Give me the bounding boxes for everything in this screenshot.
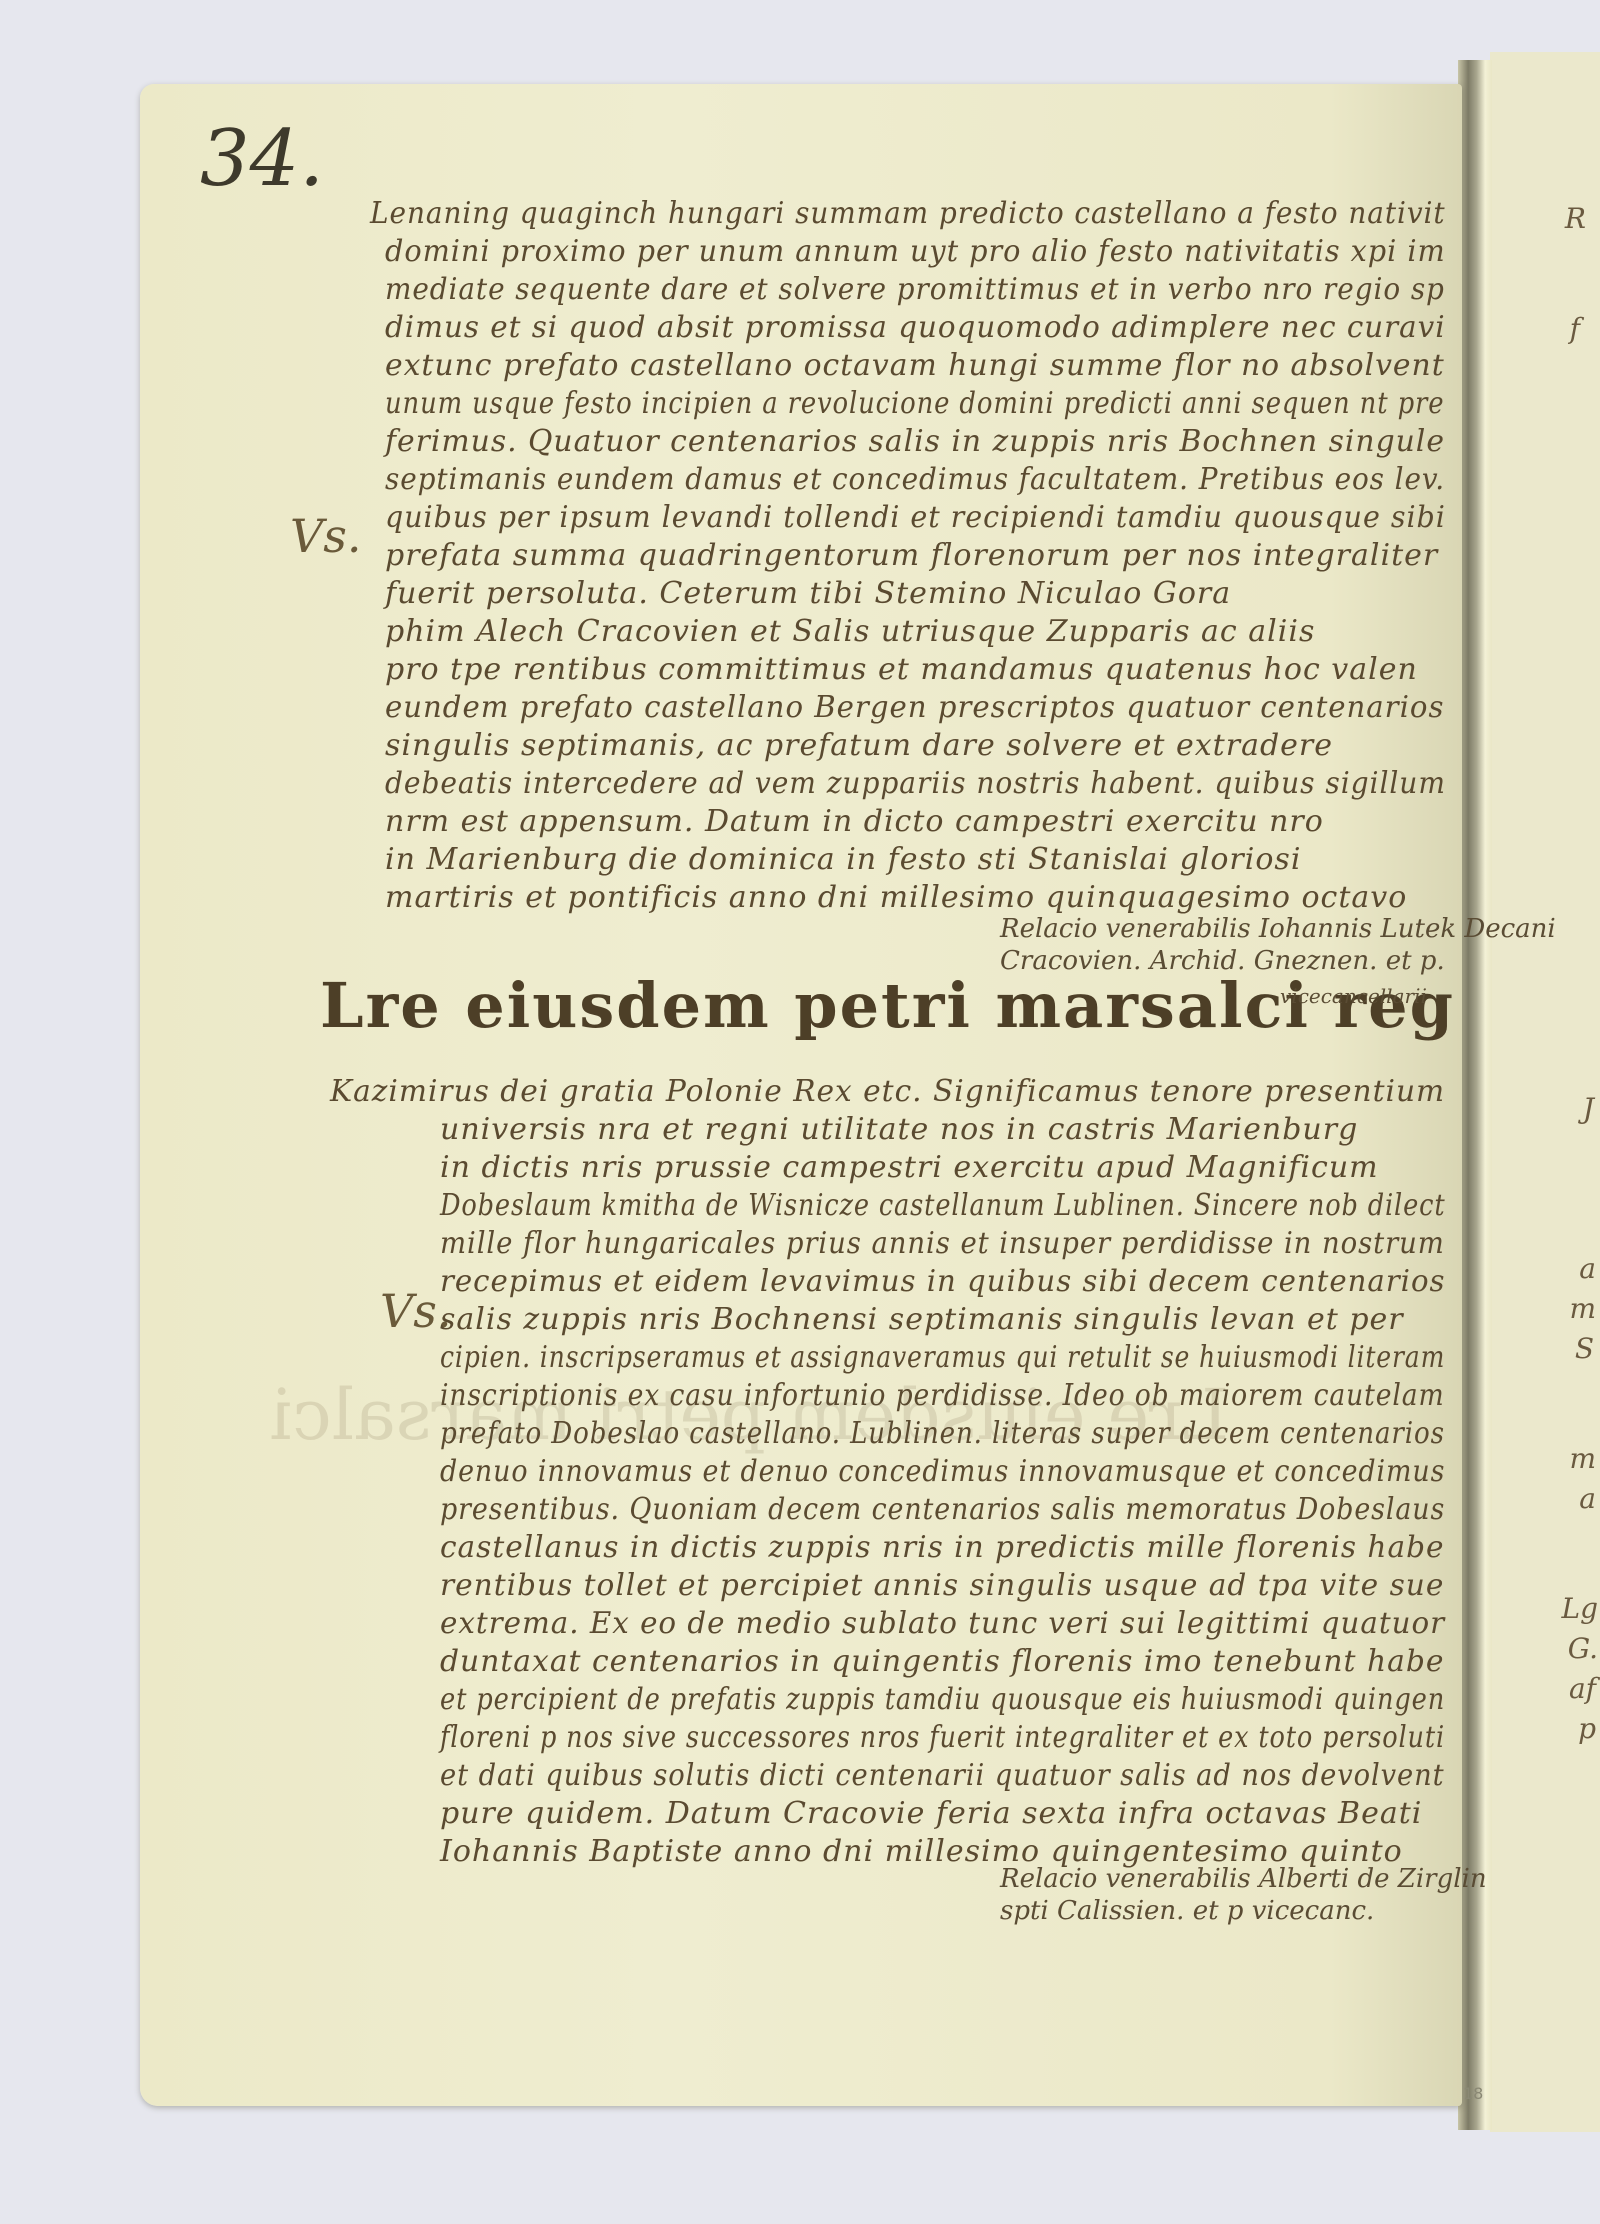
text-line: Kazimirus dei gratia Polonie Rex etc. Si… xyxy=(330,1074,1445,1109)
edge-fragment: a xyxy=(1579,1252,1596,1285)
edge-fragment: S xyxy=(1575,1332,1594,1365)
text-line: singulis septimanis, ac prefatum dare so… xyxy=(385,728,1333,763)
pencil-page-number: 18 xyxy=(1463,2084,1483,2103)
text-line: in Marienburg die dominica in festo sti … xyxy=(385,842,1301,877)
text-line: inscriptionis ex casu infortunio perdidi… xyxy=(440,1378,1445,1413)
edge-fragment: Lg xyxy=(1561,1592,1598,1625)
text-line: fuerit persoluta. Ceterum tibi Stemino N… xyxy=(385,576,1231,611)
edge-fragment: m xyxy=(1569,1292,1596,1325)
edge-fragment: m xyxy=(1569,1442,1596,1475)
text-line: Dobeslaum kmitha de Wisnicze castellanum… xyxy=(440,1188,1445,1223)
edge-fragment: a xyxy=(1579,1482,1596,1515)
text-line: mediate sequente dare et solvere promitt… xyxy=(385,272,1445,307)
text-line: denuo innovamus et denuo concedimus inno… xyxy=(440,1454,1445,1489)
edge-fragment: J xyxy=(1583,1092,1594,1125)
signature-line: Relacio venerabilis Iohannis Lutek Decan… xyxy=(1000,914,1556,944)
text-line: pro tpe rentibus committimus et mandamus… xyxy=(385,652,1418,687)
edge-fragment: R xyxy=(1565,202,1586,235)
text-line: domini proximo per unum annum uyt pro al… xyxy=(385,234,1446,269)
text-line: cipien. inscripseramus et assignaveramus… xyxy=(440,1340,1445,1375)
text-line: extrema. Ex eo de medio sublato tunc ver… xyxy=(440,1606,1445,1641)
left-page: 34. Lre eiusdem petri marsalci Vs. Vs. L… xyxy=(140,84,1462,2106)
text-line: et percipient de prefatis zuppis tamdiu … xyxy=(440,1682,1445,1717)
text-line: Lenaning quaginch hungari summam predict… xyxy=(370,196,1446,231)
text-line: floreni p nos sive successores nros fuer… xyxy=(440,1720,1445,1755)
text-line: in dictis nris prussie campestri exercit… xyxy=(440,1150,1379,1185)
text-line: prefato Dobeslao castellano. Lublinen. l… xyxy=(440,1416,1445,1451)
text-line: presentibus. Quoniam decem centenarios s… xyxy=(440,1492,1445,1527)
text-line: eundem prefato castellano Bergen prescri… xyxy=(385,690,1444,725)
margin-note: Vs. xyxy=(290,509,361,563)
text-line: recepimus et eidem levavimus in quibus s… xyxy=(440,1264,1445,1299)
text-line: extunc prefato castellano octavam hungi … xyxy=(385,348,1445,383)
text-line: septimanis eundem damus et concedimus fa… xyxy=(385,462,1445,497)
edge-fragment: p xyxy=(1578,1712,1596,1745)
right-page: zapłacono III.22. R f J a m S m a Lg G. … xyxy=(1490,52,1600,2132)
edge-fragment: G. xyxy=(1568,1632,1598,1665)
heading-tail: vicecancellarii xyxy=(1280,984,1427,1008)
signature-line: spti Calissien. et p vicecanc. xyxy=(1000,1896,1374,1926)
text-line: et dati quibus solutis dicti centenarii … xyxy=(440,1758,1444,1793)
text-line: ferimus. Quatuor centenarios salis in zu… xyxy=(385,424,1445,459)
text-line: salis zuppis nris Bochnensi septimanis s… xyxy=(440,1302,1404,1337)
signature-line: Relacio venerabilis Alberti de Zirglin xyxy=(1000,1864,1487,1894)
text-line: pure quidem. Datum Cracovie feria sexta … xyxy=(440,1796,1422,1831)
text-line: castellanus in dictis zuppis nris in pre… xyxy=(440,1530,1444,1565)
text-line: martiris et pontificis anno dni millesim… xyxy=(385,880,1407,915)
text-line: universis nra et regni utilitate nos in … xyxy=(440,1112,1358,1147)
folio-number: 34. xyxy=(200,114,324,204)
text-line: duntaxat centenarios in quingentis flore… xyxy=(440,1644,1444,1679)
text-line: debeatis intercedere ad vem zuppariis no… xyxy=(385,766,1446,801)
text-line: dimus et si quod absit promissa quoquomo… xyxy=(385,310,1446,345)
text-line: prefata summa quadringentorum florenorum… xyxy=(385,538,1438,573)
text-line: rentibus tollet et percipiet annis singu… xyxy=(440,1568,1444,1603)
text-line: mille flor hungaricales prius annis et i… xyxy=(440,1226,1445,1261)
text-line: phim Alech Cracovien et Salis utriusque … xyxy=(385,614,1315,649)
text-line: quibus per ipsum levandi tollendi et rec… xyxy=(385,500,1446,535)
text-line: unum usque festo incipien a revolucione … xyxy=(385,386,1444,421)
edge-fragment: af xyxy=(1569,1672,1596,1705)
book-gutter xyxy=(1458,60,1492,2130)
text-line: nrm est appensum. Datum in dicto campest… xyxy=(385,804,1324,839)
edge-fragment: f xyxy=(1570,312,1580,345)
